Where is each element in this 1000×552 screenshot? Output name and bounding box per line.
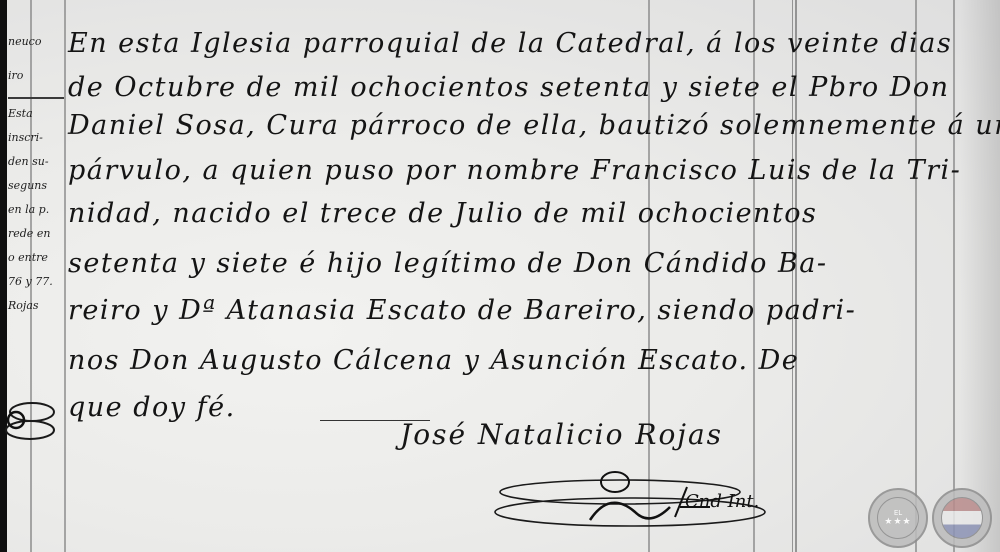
seal-left-inner: EL ★★★ bbox=[877, 497, 919, 539]
seal-right-icon bbox=[932, 488, 992, 548]
margin-note-line: o entre bbox=[8, 246, 64, 270]
margin-note: neuco iro Esta inscri- den su- seguns en… bbox=[8, 30, 64, 318]
record-line-3: Daniel Sosa, Cura párroco de ella, bauti… bbox=[68, 110, 1000, 141]
record-line-1: En esta Iglesia parroquial de la Catedra… bbox=[68, 28, 952, 59]
scan-left-edge bbox=[0, 0, 7, 552]
record-line-2: de Octubre de mil ochocientos setenta y … bbox=[68, 72, 950, 103]
record-line-4: párvulo, a quien puso por nombre Francis… bbox=[68, 155, 961, 186]
margin-note-line: inscri- bbox=[8, 126, 64, 150]
rubric-text: Cnd Int. bbox=[685, 491, 759, 512]
ruled-line bbox=[64, 0, 66, 552]
margin-note-line: Esta bbox=[8, 102, 64, 126]
signature-name: José Natalicio Rojas bbox=[400, 418, 723, 451]
scan-right-shade bbox=[960, 0, 1000, 552]
seal-left-label: EL bbox=[894, 509, 902, 517]
margin-note-line: seguns bbox=[8, 174, 64, 198]
margin-note-line: 76 y 77. bbox=[8, 270, 64, 294]
seal-left-icon: EL ★★★ bbox=[868, 488, 928, 548]
record-line-8: nos Don Augusto Cálcena y Asunción Escat… bbox=[68, 345, 799, 376]
ruled-line bbox=[953, 0, 955, 552]
margin-note-line: neuco bbox=[8, 30, 64, 54]
margin-note-line: iro bbox=[8, 64, 64, 88]
margin-note-line: den su- bbox=[8, 150, 64, 174]
record-line-7: reiro y Dª Atanasia Escato de Bareiro, s… bbox=[68, 295, 856, 326]
record-line-9: que doy fé. bbox=[68, 392, 236, 423]
seal-left-stars: ★★★ bbox=[884, 517, 911, 527]
record-line-6: setenta y siete é hijo legítimo de Don C… bbox=[68, 248, 828, 279]
signature-rubric: Cnd Int. bbox=[480, 462, 780, 542]
margin-note-line: en la p. bbox=[8, 198, 64, 222]
margin-note-line: Rojas bbox=[8, 294, 64, 318]
record-line-5: nidad, nacido el trece de Julio de mil o… bbox=[68, 198, 817, 229]
margin-note-line: rede en bbox=[8, 222, 64, 246]
margin-rubric-flourish bbox=[4, 398, 64, 448]
document-scan: neuco iro Esta inscri- den su- seguns en… bbox=[0, 0, 1000, 552]
seal-right-flag bbox=[941, 497, 983, 539]
